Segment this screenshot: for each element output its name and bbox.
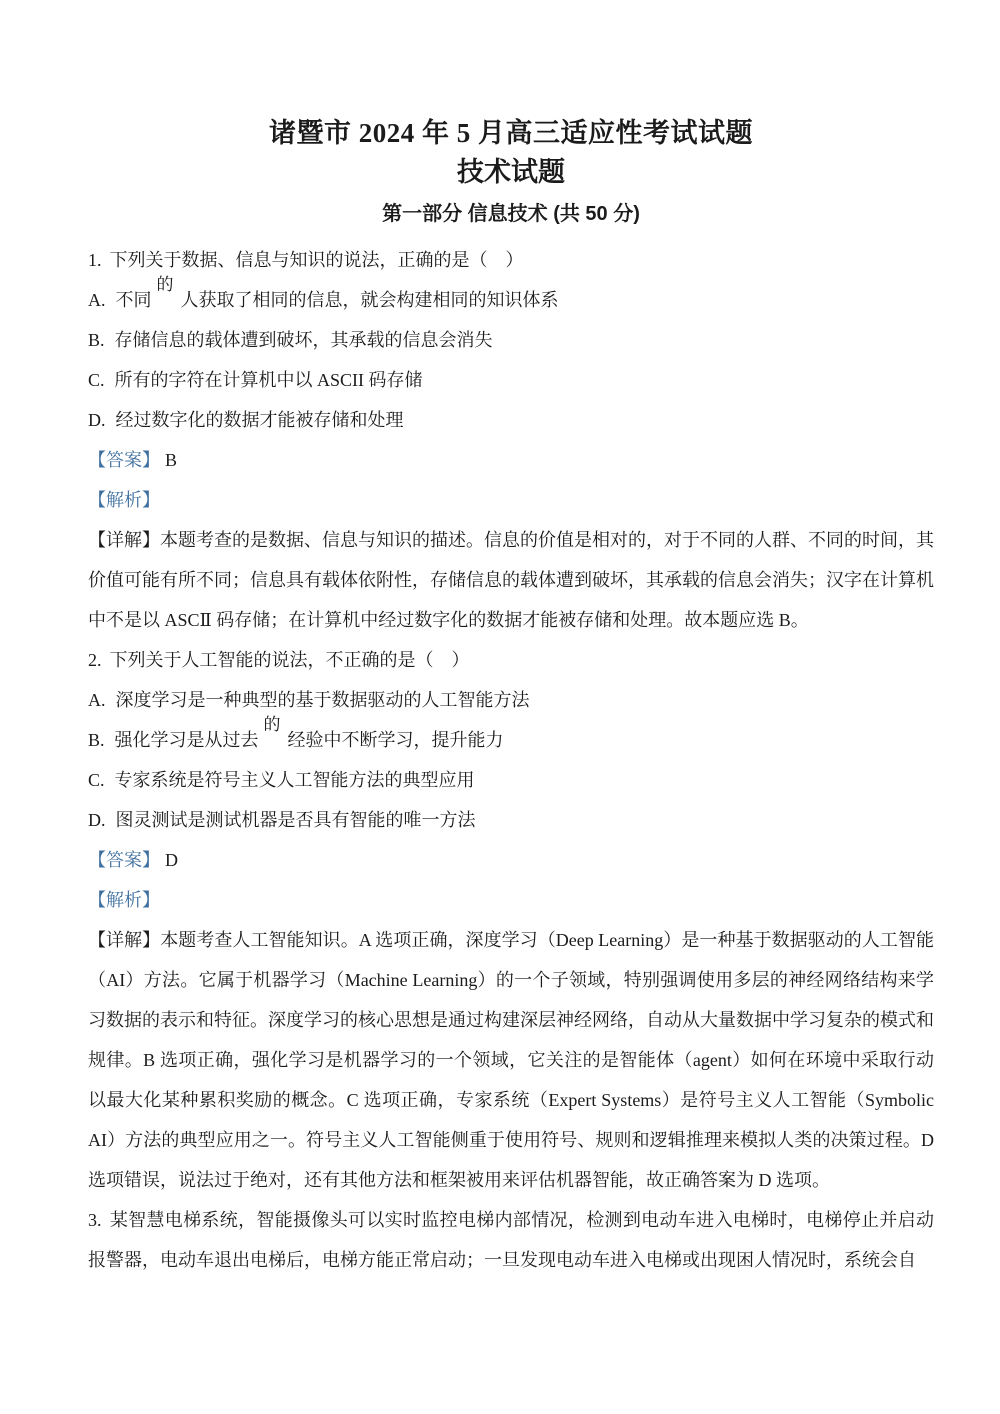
question-1-option-d: D.经过数字化的数据才能被存储和处理 (88, 400, 934, 440)
question-3-number: 3. (88, 1210, 102, 1230)
option-text: 人获取了相同的信息，就会构建相同的知识体系 (181, 290, 559, 310)
question-2-option-c: C.专家系统是符号主义人工智能方法的典型应用 (88, 760, 934, 800)
option-text: 存储信息的载体遭到破坏，其承载的信息会消失 (115, 330, 493, 350)
option-key: B. (88, 730, 105, 750)
question-2-stem-text: 下列关于人工智能的说法，不正确的是（ ） (110, 650, 470, 670)
detail-label: 【详解】 (88, 930, 160, 950)
answer-label: 【答案】 (88, 450, 160, 470)
question-1-option-c: C.所有的字符在计算机中以 ASCII 码存储 (88, 360, 934, 400)
section-heading: 第一部分 信息技术 (共 50 分) (88, 201, 934, 227)
question-2-number: 2. (88, 650, 102, 670)
option-key: C. (88, 770, 105, 790)
option-key: A. (88, 690, 106, 710)
question-1-number: 1. (88, 250, 102, 270)
detail-text: 本题考查的是数据、信息与知识的描述。信息的价值是相对的，对于不同的人群、不同的时… (88, 530, 934, 630)
option-key: C. (88, 370, 105, 390)
option-text: 图灵测试是测试机器是否具有智能的唯一方法 (116, 810, 476, 830)
question-3-stem: 3.某智慧电梯系统，智能摄像头可以实时监控电梯内部情况，检测到电动车进入电梯时，… (88, 1200, 934, 1280)
exam-document-page: 诸暨市 2024 年 5 月高三适应性考试试题 技术试题 第一部分 信息技术 (… (0, 0, 1000, 1414)
question-2-analysis: 【解析】 (88, 880, 934, 920)
question-1-detail: 【详解】本题考查的是数据、信息与知识的描述。信息的价值是相对的，对于不同的人群、… (88, 520, 934, 640)
question-2-option-d: D.图灵测试是测试机器是否具有智能的唯一方法 (88, 800, 934, 840)
option-key: D. (88, 410, 106, 430)
question-2: 2.下列关于人工智能的说法，不正确的是（ ） A.深度学习是一种典型的基于数据驱… (88, 640, 934, 1200)
exam-body: 1.下列关于数据、信息与知识的说法，正确的是（ ） A.不同的人获取了相同的信息… (88, 240, 934, 1280)
question-2-option-b: B.强化学习是从过去的经验中不断学习，提升能力 (88, 720, 934, 760)
option-text: 不同 (116, 290, 152, 310)
analysis-label: 【解析】 (88, 490, 160, 510)
option-text: 所有的字符在计算机中以 ASCII 码存储 (115, 370, 423, 390)
question-1-answer: 【答案】B (88, 440, 934, 480)
question-3: 3.某智慧电梯系统，智能摄像头可以实时监控电梯内部情况，检测到电动车进入电梯时，… (88, 1200, 934, 1280)
detail-text: 本题考查人工智能知识。A 选项正确，深度学习（Deep Learning）是一种… (88, 930, 934, 1190)
question-2-option-a: A.深度学习是一种典型的基于数据驱动的人工智能方法 (88, 680, 934, 720)
question-1-option-b: B.存储信息的载体遭到破坏，其承载的信息会消失 (88, 320, 934, 360)
option-key: A. (88, 290, 106, 310)
question-1-option-a: A.不同的人获取了相同的信息，就会构建相同的知识体系 (88, 280, 934, 320)
question-2-stem: 2.下列关于人工智能的说法，不正确的是（ ） (88, 640, 934, 680)
analysis-label: 【解析】 (88, 890, 160, 910)
option-key: D. (88, 810, 106, 830)
question-2-answer: 【答案】D (88, 840, 934, 880)
detail-label: 【详解】 (88, 530, 160, 550)
question-1: 1.下列关于数据、信息与知识的说法，正确的是（ ） A.不同的人获取了相同的信息… (88, 240, 934, 640)
exam-subtitle: 技术试题 (88, 155, 934, 189)
question-3-stem-text: 某智慧电梯系统，智能摄像头可以实时监控电梯内部情况，检测到电动车进入电梯时，电梯… (88, 1210, 934, 1270)
answer-value: D (165, 850, 178, 870)
exam-title: 诸暨市 2024 年 5 月高三适应性考试试题 (88, 116, 934, 150)
option-key: B. (88, 330, 105, 350)
question-1-stem-text: 下列关于数据、信息与知识的说法，正确的是（ ） (110, 250, 524, 270)
option-text: 经过数字化的数据才能被存储和处理 (116, 410, 404, 430)
option-text: 强化学习是从过去 (115, 730, 259, 750)
question-1-stem: 1.下列关于数据、信息与知识的说法，正确的是（ ） (88, 240, 934, 280)
option-text: 专家系统是符号主义人工智能方法的典型应用 (115, 770, 475, 790)
option-text: 深度学习是一种典型的基于数据驱动的人工智能方法 (116, 690, 530, 710)
question-1-analysis: 【解析】 (88, 480, 934, 520)
answer-label: 【答案】 (88, 850, 160, 870)
option-text: 经验中不断学习，提升能力 (288, 730, 504, 750)
question-2-detail: 【详解】本题考查人工智能知识。A 选项正确，深度学习（Deep Learning… (88, 920, 934, 1200)
answer-value: B (165, 450, 177, 470)
